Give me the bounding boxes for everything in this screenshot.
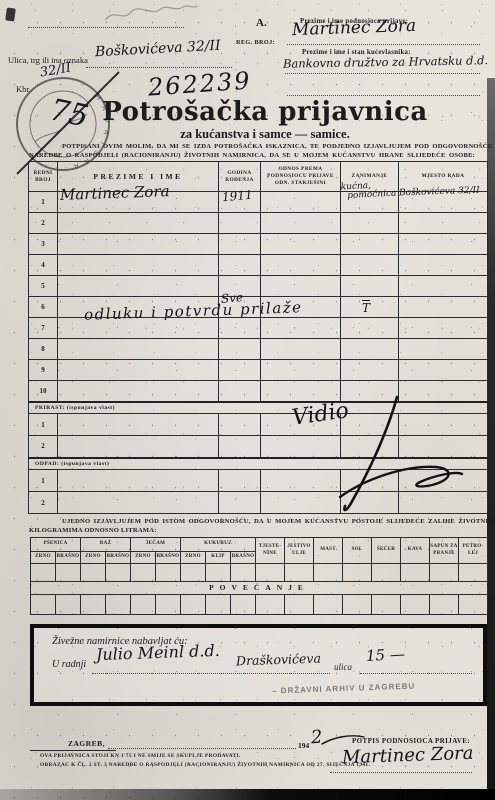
table-row: 5 — [29, 276, 488, 297]
city-label: ZAGREB, — [68, 739, 105, 748]
food-group-psenica: PŠENICA — [31, 538, 81, 552]
archive-stamp: – DRŽAVNI ARHIV U ZAGREBU — [272, 682, 415, 696]
note-check-mark: T — [362, 302, 370, 315]
form-subtitle: za kućanstva i samce — samice. — [70, 127, 460, 142]
reg-broj-label: REG. BROJ: — [236, 39, 275, 46]
table-row: 9 — [29, 360, 488, 381]
food-sub-label: KLIP — [206, 552, 231, 564]
food-sub-label: ZRNO — [81, 552, 106, 564]
food-col-sapun: SAPUN ZA PRANJE — [430, 538, 459, 564]
applicant-name-line — [287, 44, 480, 45]
zalihe-line1: UJEDNO IZJAVLJUJEM POD ISTOM ODGOVORNOŠĆ… — [62, 518, 495, 525]
shop-name-line — [92, 673, 330, 674]
zalihe-line2: KILOGRAMIMA ODNOSNO LITRAMA: — [29, 527, 157, 534]
landlord-line — [285, 73, 480, 74]
food-sub-label: ZRNO — [131, 552, 156, 564]
col-header-odnos: ODNOS PREMA PODNOSIOCU PRIJAVE ODN. STAR… — [261, 162, 341, 192]
food-col-ulje: JESTIVO ULJE — [285, 538, 314, 564]
date-line — [108, 748, 296, 749]
form-title: Potrošačka prijavnica — [70, 97, 460, 127]
food-sub-label: BRAŠNO — [156, 552, 181, 564]
scan-edge-right — [487, 78, 495, 800]
header-blank-line — [28, 27, 184, 28]
food-sub-label: ZRNO — [181, 552, 206, 564]
scan-corner-mark — [5, 7, 16, 21]
table-row: 8 — [29, 339, 488, 360]
shop-housenumber-handwriting: 15 — — [366, 647, 406, 665]
applicant-name-handwriting: Martinec Zora — [292, 18, 417, 40]
food-col-kava: KAVA — [401, 538, 430, 564]
table-row: 3 — [29, 234, 488, 255]
row1-occupation-handwriting: kućna, pomoćnica — [341, 181, 397, 203]
landlord-handwriting: Bankovno družtvo za Hrvatsku d.d. — [283, 54, 488, 70]
row1-year-handwriting: 1911 — [222, 189, 254, 204]
form-corner-letter: A. — [256, 17, 267, 29]
shop-street-handwriting: Draškovićeva — [236, 652, 321, 668]
food-col-petrolej: PETRO-LEJ — [459, 538, 488, 564]
food-col-tjestenine: TJESTE-NINE — [256, 538, 285, 564]
food-group-jecam: JEČAM — [131, 538, 181, 552]
shop-number-line — [360, 673, 472, 674]
food-sub-label: BRAŠNO — [231, 552, 256, 564]
food-col-secer: ŠEĆER — [372, 538, 401, 564]
u-radnji-label: U radnji — [52, 659, 86, 670]
food-sub-label: BRAŠNO — [106, 552, 131, 564]
signature-line — [330, 772, 472, 773]
povecanje-band: POVEĆANJE — [31, 582, 488, 595]
food-col-mast: MAST — [314, 538, 343, 564]
street-handwriting: Boškovićeva 32/II — [95, 39, 221, 60]
landlord-line2 — [287, 95, 480, 96]
table-row: 2 — [29, 213, 488, 234]
intro-line1: POTPISANI OVIM MOLIM, DA MI SE IZDA POTR… — [62, 143, 495, 150]
registration-number-handwriting: 262239 — [147, 68, 252, 100]
fine-print-rule — [30, 750, 116, 751]
ulica-label: ulica — [334, 662, 352, 672]
shop-declaration-box: Živežne namirnice nabavljat ću: U radnji… — [30, 624, 487, 706]
intro-line2: NAREDBE O RASPODJELI (RACIONIRANJU) ŽIVO… — [29, 152, 475, 159]
signature-flourish — [320, 385, 480, 515]
food-group-raz: RAŽ — [81, 538, 131, 552]
fine-print-2: OBRAZAC K ČL. 2 ST. 3 NAREDBE O RASPODJE… — [40, 762, 370, 768]
scan-edge-bottom — [0, 789, 495, 800]
year-prefix: 194 — [298, 741, 309, 750]
food-stock-table: PŠENICA RAŽ JEČAM KUKURUZ TJESTE-NINE JE… — [30, 537, 488, 615]
food-group-kukuruz: KUKURUZ — [181, 538, 256, 552]
col-header-redni-broj: REDNI BROJ — [29, 162, 58, 192]
shop-name-handwriting: Julio Meinl d.d. — [96, 643, 220, 664]
col-header-godina: GODINA ROĐENJA — [219, 162, 261, 192]
scanned-form-page: A. REG. BROJ: Prezime i ime podnosioca p… — [0, 0, 495, 800]
fine-print-1: OVA PRIJAVNICA STOJI KN 1'75 I NE SMIJE … — [40, 753, 241, 759]
pencil-scribble — [95, 0, 205, 30]
table-row: 4 — [29, 255, 488, 276]
food-col-sol: SOL — [343, 538, 372, 564]
food-sub-label: BRAŠNO — [56, 552, 81, 564]
food-empty-row — [31, 564, 488, 582]
food-empty-row — [31, 595, 488, 615]
food-sub-label: ZRNO — [31, 552, 56, 564]
